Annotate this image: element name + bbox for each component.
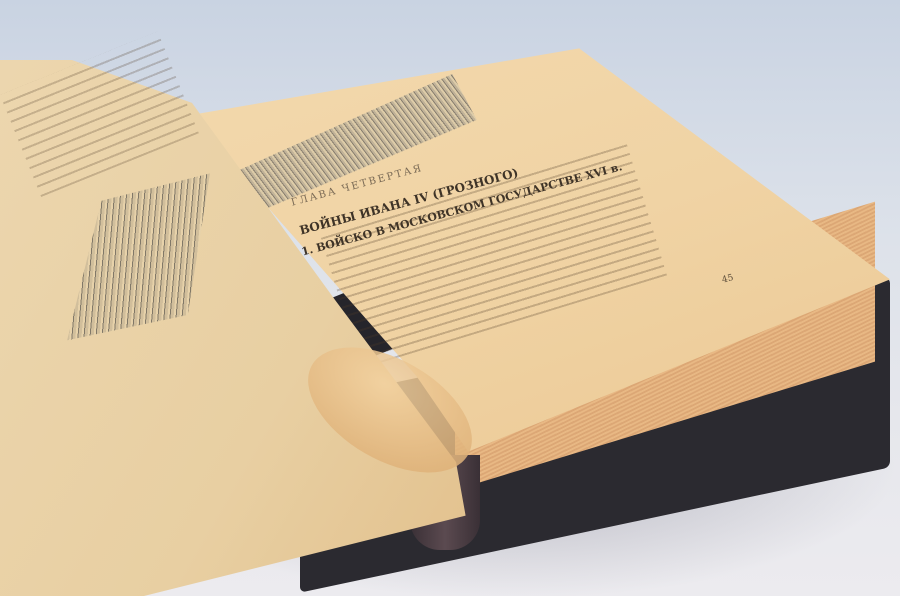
book-photo: ГЛАВА ЧЕТВЕРТАЯ ВОЙНЫ ИВАНА IV (ГРОЗНОГО… — [0, 0, 900, 596]
